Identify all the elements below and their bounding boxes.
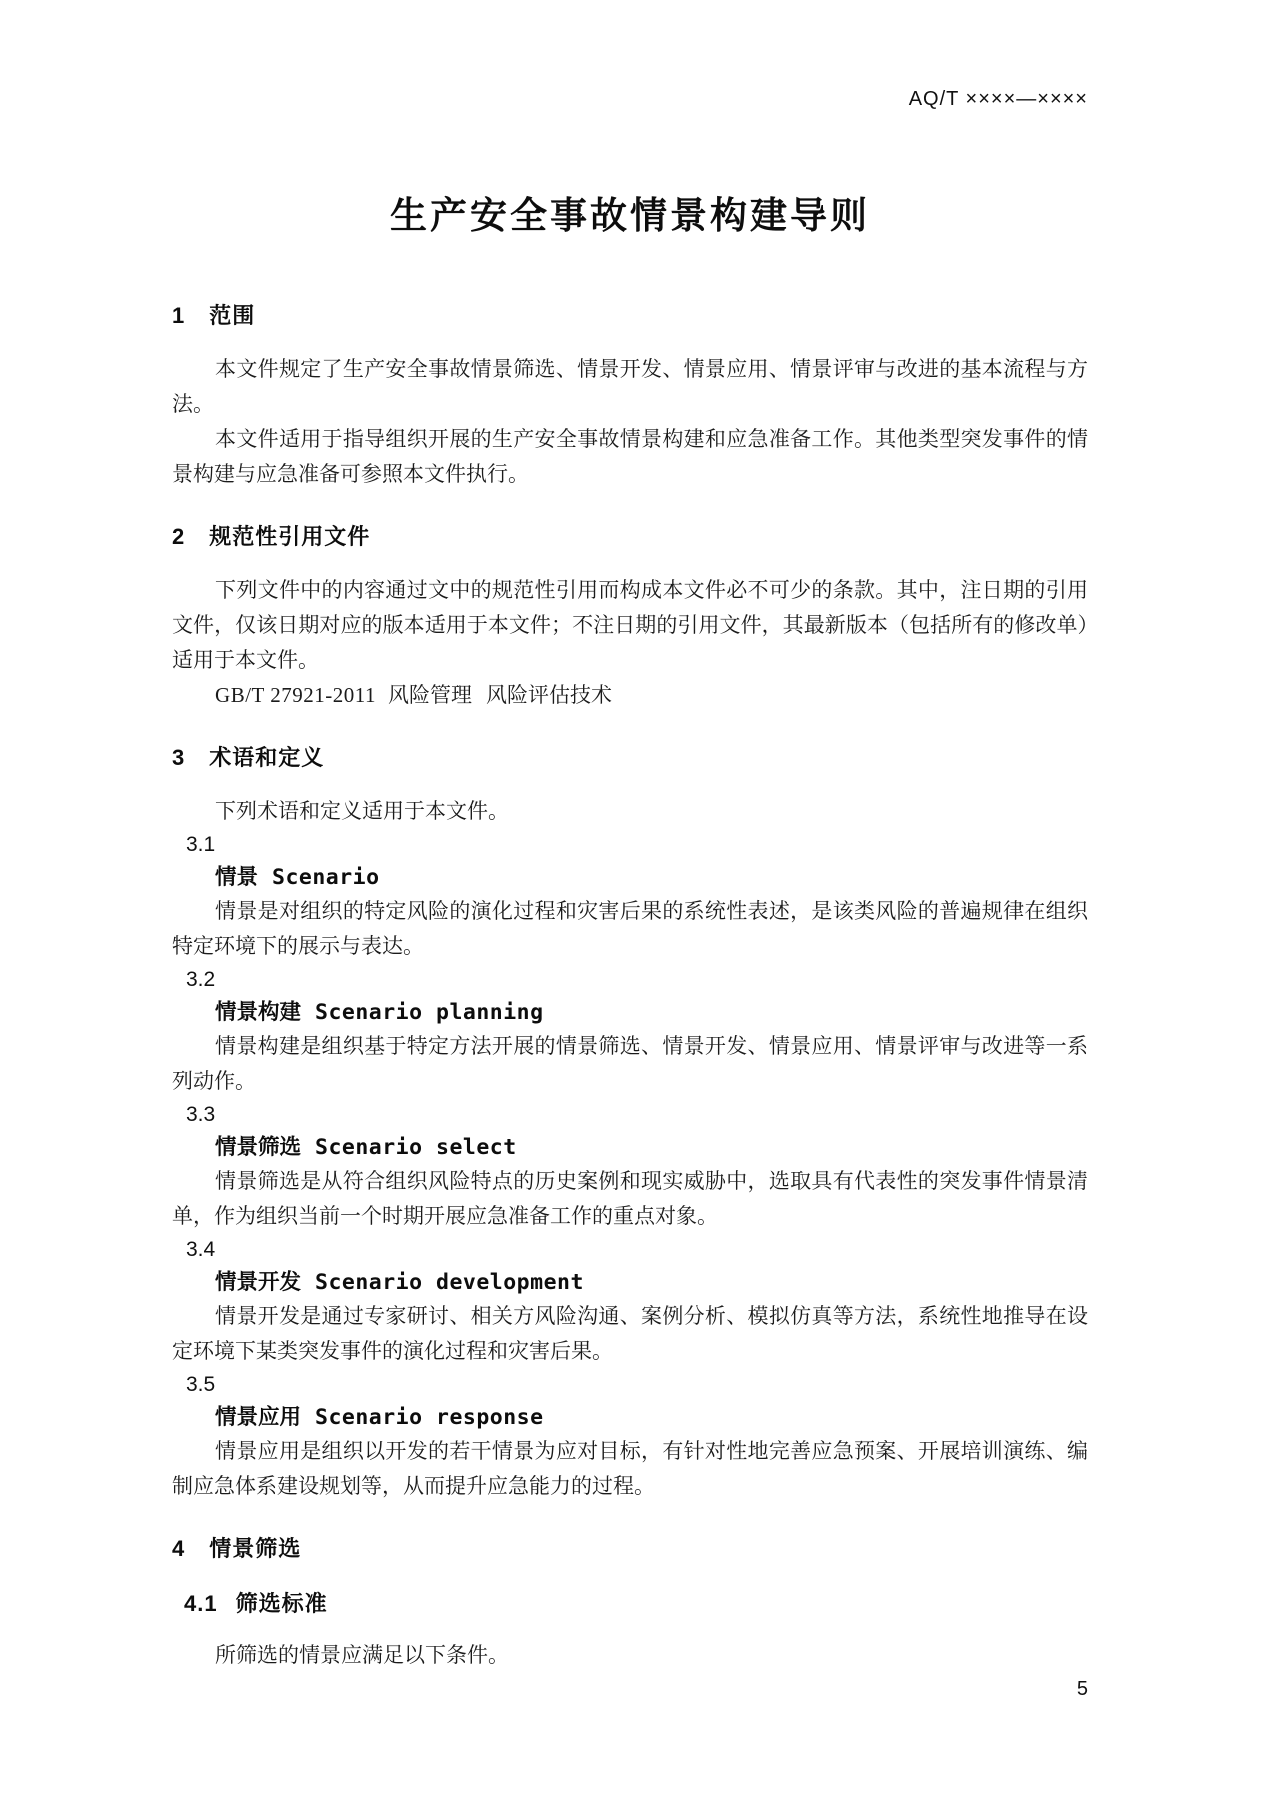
document-body: 1范围本文件规定了生产安全事故情景筛选、情景开发、情景应用、情景评审与改进的基本… bbox=[172, 299, 1088, 1673]
term-name-zh: 情景 bbox=[215, 865, 258, 889]
paragraph: 所筛选的情景应满足以下条件。 bbox=[172, 1638, 1088, 1673]
page-number: 5 bbox=[1077, 1678, 1088, 1701]
paragraph: 情景构建是组织基于特定方法开展的情景筛选、情景开发、情景应用、情景评审与改进等一… bbox=[172, 1029, 1088, 1099]
reference-name-part2: 风险评估技术 bbox=[486, 683, 612, 707]
chapter-heading: 2规范性引用文件 bbox=[172, 520, 1088, 551]
term-name-en: Scenario select bbox=[315, 1135, 517, 1160]
clause-title: 筛选标准 bbox=[236, 1591, 328, 1616]
term-heading: 情景Scenario bbox=[215, 861, 1088, 894]
term-heading: 情景构建Scenario planning bbox=[215, 996, 1088, 1029]
chapter-number: 2 bbox=[172, 524, 185, 549]
paragraph: 本文件适用于指导组织开展的生产安全事故情景构建和应急准备工作。其他类型突发事件的… bbox=[172, 422, 1088, 492]
chapter-title: 范围 bbox=[209, 303, 255, 328]
reference-entry: GB/T 27921-2011风险管理风险评估技术 bbox=[172, 678, 1088, 713]
chapter-title: 术语和定义 bbox=[209, 745, 324, 770]
paragraph: 情景是对组织的特定风险的演化过程和灾害后果的系统性表述，是该类风险的普遍规律在组… bbox=[172, 894, 1088, 964]
term-name-zh: 情景开发 bbox=[215, 1270, 301, 1294]
term-name-zh: 情景构建 bbox=[215, 1000, 301, 1024]
term-name-en: Scenario development bbox=[315, 1270, 584, 1295]
paragraph: 本文件规定了生产安全事故情景筛选、情景开发、情景应用、情景评审与改进的基本流程与… bbox=[172, 352, 1088, 422]
document-title: 生产安全事故情景构建导则 bbox=[172, 185, 1088, 239]
paragraph: 情景应用是组织以开发的若干情景为应对目标，有针对性地完善应急预案、开展培训演练、… bbox=[172, 1434, 1088, 1504]
chapter-number: 3 bbox=[172, 745, 185, 770]
paragraph: 情景开发是通过专家研讨、相关方风险沟通、案例分析、模拟仿真等方法，系统性地推导在… bbox=[172, 1299, 1088, 1369]
paragraph: 下列术语和定义适用于本文件。 bbox=[172, 794, 1088, 829]
term-name-en: Scenario bbox=[272, 865, 380, 890]
reference-name: 风险管理 bbox=[388, 683, 472, 707]
chapter-title: 规范性引用文件 bbox=[209, 524, 370, 549]
term-name-zh: 情景筛选 bbox=[215, 1135, 301, 1159]
chapter-heading: 1范围 bbox=[172, 299, 1088, 330]
term-number: 3.4 bbox=[186, 1234, 1088, 1266]
chapter-number: 4 bbox=[172, 1536, 185, 1561]
document-page: AQ/T ××××—×××× 生产安全事故情景构建导则 1范围本文件规定了生产安… bbox=[0, 0, 1280, 1810]
term-heading: 情景开发Scenario development bbox=[215, 1266, 1088, 1299]
term-number: 3.3 bbox=[186, 1099, 1088, 1131]
reference-code: GB/T 27921-2011 bbox=[215, 683, 376, 707]
paragraph: 下列文件中的内容通过文中的规范性引用而构成本文件必不可少的条款。其中，注日期的引… bbox=[172, 573, 1088, 678]
chapter-heading: 3术语和定义 bbox=[172, 741, 1088, 772]
term-number: 3.2 bbox=[186, 964, 1088, 996]
term-heading: 情景应用Scenario response bbox=[215, 1401, 1088, 1434]
term-name-en: Scenario response bbox=[315, 1405, 544, 1430]
standard-code: AQ/T ××××—×××× bbox=[172, 88, 1088, 111]
term-number: 3.5 bbox=[186, 1369, 1088, 1401]
chapter-title: 情景筛选 bbox=[209, 1536, 301, 1561]
chapter-number: 1 bbox=[172, 303, 185, 328]
document-content: AQ/T ××××—×××× 生产安全事故情景构建导则 1范围本文件规定了生产安… bbox=[172, 88, 1088, 1673]
term-number: 3.1 bbox=[186, 829, 1088, 861]
paragraph: 情景筛选是从符合组织风险特点的历史案例和现实威胁中，选取具有代表性的突发事件情景… bbox=[172, 1164, 1088, 1234]
clause-number: 4.1 bbox=[184, 1591, 218, 1616]
term-name-zh: 情景应用 bbox=[215, 1405, 301, 1429]
clause-heading: 4.1筛选标准 bbox=[184, 1587, 1088, 1618]
chapter-heading: 4情景筛选 bbox=[172, 1532, 1088, 1563]
term-name-en: Scenario planning bbox=[315, 1000, 544, 1025]
term-heading: 情景筛选Scenario select bbox=[215, 1131, 1088, 1164]
